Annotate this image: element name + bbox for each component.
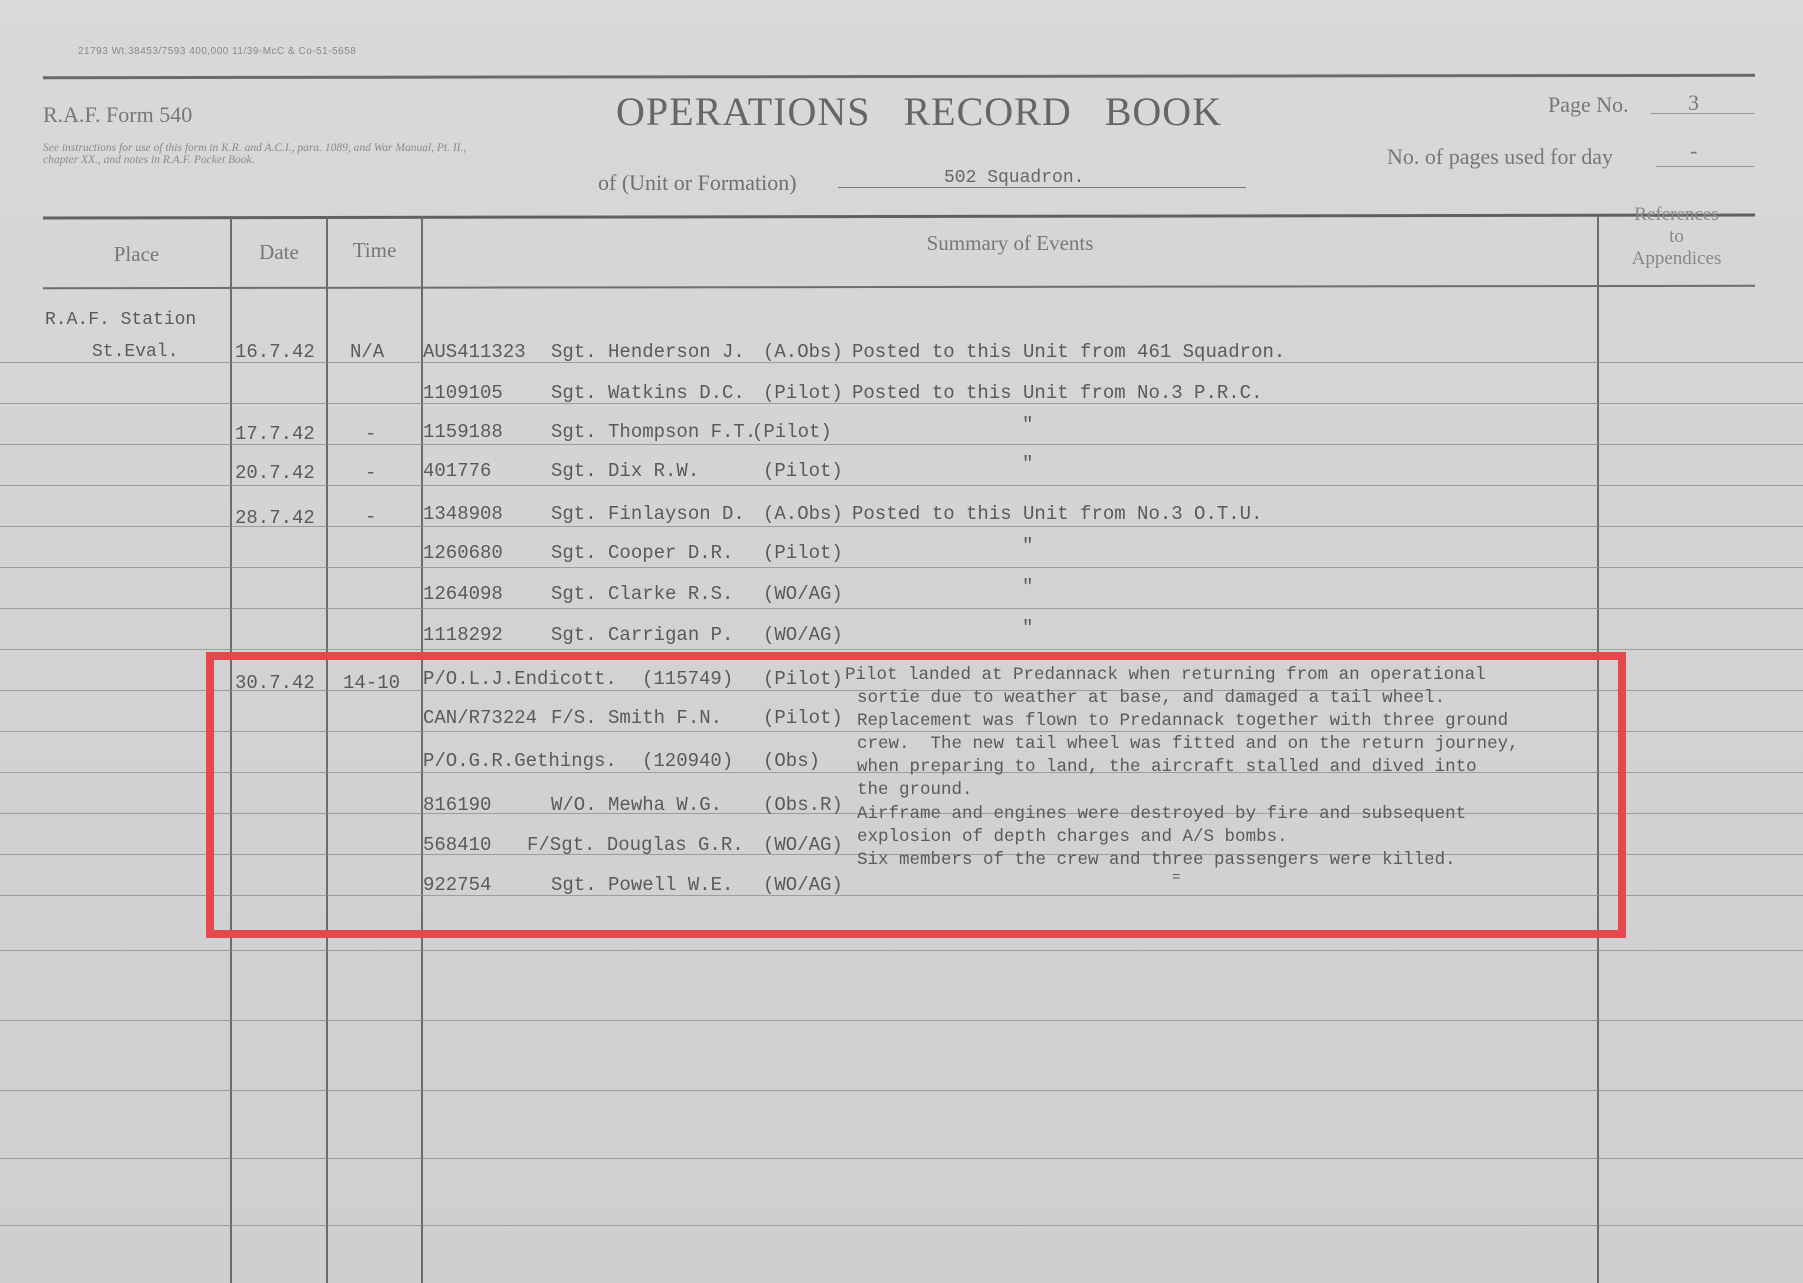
- place-line-1: R.A.F. Station: [45, 310, 196, 330]
- row-role: (Pilot): [752, 421, 832, 443]
- row-time: N/A: [350, 341, 384, 363]
- row-rank-name: Sgt. Dix R.W.: [551, 460, 699, 482]
- row-role: (A.Obs): [763, 341, 843, 363]
- row-rank-name: Sgt. Henderson J.: [551, 341, 745, 363]
- column-header-place: Place: [43, 242, 230, 267]
- column-header-references: References to Appendices: [1598, 204, 1755, 270]
- row-date: 16.7.42: [235, 341, 315, 363]
- row-rank-name: Sgt. Clarke R.S.: [551, 583, 733, 605]
- row-event-ditto: ": [1022, 617, 1033, 639]
- column-header-summary: Summary of Events: [423, 231, 1597, 256]
- table-header-top-rule: [43, 214, 1755, 220]
- row-service-number: 1264098: [423, 583, 503, 605]
- page-title: OPERATIONS RECORD BOOK: [616, 88, 1222, 135]
- row-event-ditto: ": [1022, 535, 1033, 557]
- row-event: Posted to this Unit from No.3 P.R.C.: [852, 382, 1262, 404]
- highlight-box: [206, 652, 1626, 938]
- row-service-number: 1109105: [423, 382, 503, 404]
- row-rank-name: Sgt. Watkins D.C.: [551, 382, 745, 404]
- unit-value: 502 Squadron.: [944, 168, 1084, 188]
- table-header-bottom-rule: [43, 285, 1755, 289]
- row-service-number: 1159188: [423, 421, 503, 443]
- row-time: -: [365, 462, 376, 484]
- unit-label: of (Unit or Formation): [598, 170, 797, 196]
- form-instructions: See instructions for use of this form in…: [43, 142, 473, 166]
- column-header-date: Date: [232, 240, 326, 265]
- row-date: 17.7.42: [235, 423, 315, 445]
- pages-used-label: No. of pages used for day: [1387, 144, 1613, 170]
- top-rule: [43, 74, 1755, 79]
- row-service-number: 401776: [423, 460, 491, 482]
- place-line-2: St.Eval.: [92, 342, 178, 362]
- column-header-time: Time: [328, 238, 421, 263]
- row-date: 20.7.42: [235, 462, 315, 484]
- row-service-number: 1118292: [423, 624, 503, 646]
- row-rank-name: Sgt. Cooper D.R.: [551, 542, 733, 564]
- row-rank-name: Sgt. Thompson F.T.: [551, 421, 756, 443]
- row-role: (WO/AG): [763, 583, 843, 605]
- page-number-underline: [1650, 113, 1754, 114]
- row-service-number: 1260680: [423, 542, 503, 564]
- row-service-number: AUS411323: [423, 341, 526, 363]
- row-time: -: [365, 423, 376, 445]
- row-event-ditto: ": [1022, 414, 1033, 436]
- row-event: Posted to this Unit from 461 Squadron.: [852, 341, 1285, 363]
- page-number-label: Page No.: [1548, 92, 1629, 118]
- row-date: 28.7.42: [235, 507, 315, 529]
- print-code: 21793 Wt.38453/7593 400,000 11/39-McC & …: [78, 46, 356, 57]
- row-role: (A.Obs): [763, 503, 843, 525]
- row-event-ditto: ": [1022, 576, 1033, 598]
- row-event-ditto: ": [1022, 453, 1033, 475]
- row-rank-name: Sgt. Finlayson D.: [551, 503, 745, 525]
- row-role: (WO/AG): [763, 624, 843, 646]
- row-role: (Pilot): [763, 460, 843, 482]
- form-name: R.A.F. Form 540: [43, 102, 192, 128]
- row-role: (Pilot): [763, 542, 843, 564]
- row-role: (Pilot): [763, 382, 843, 404]
- page-number-value: 3: [1688, 90, 1699, 116]
- pages-used-value: -: [1690, 138, 1697, 164]
- row-time: -: [365, 506, 376, 528]
- row-rank-name: Sgt. Carrigan P.: [551, 624, 733, 646]
- row-service-number: 1348908: [423, 503, 503, 525]
- pages-used-underline: [1656, 166, 1754, 167]
- row-event: Posted to this Unit from No.3 O.T.U.: [852, 503, 1262, 525]
